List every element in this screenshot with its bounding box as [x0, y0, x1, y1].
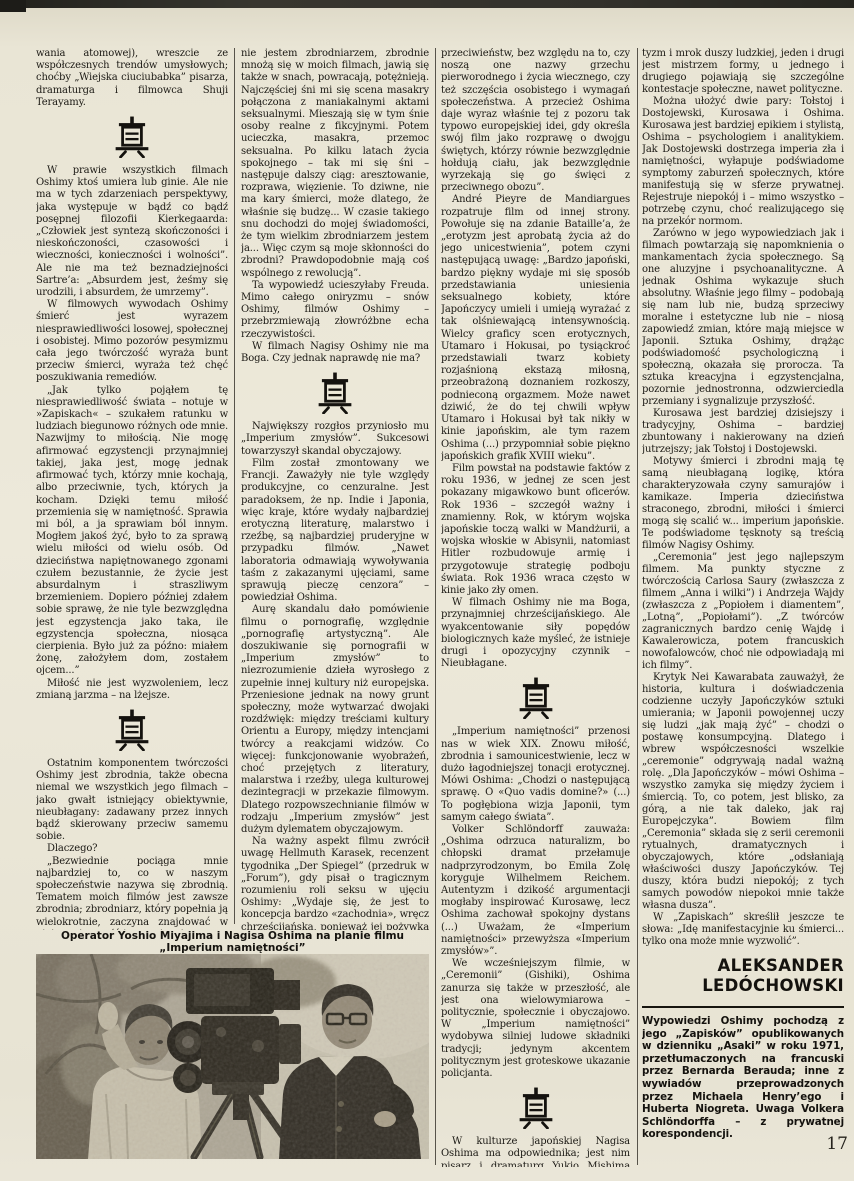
photo-frame: [36, 954, 429, 1159]
shin-kanji-divider: [441, 670, 630, 726]
article-column-1: wania atomowej), wreszcie ze współczesny…: [36, 48, 228, 930]
article-paragraph: Zarówno w jego wypowiedziach jak i filma…: [642, 228, 844, 408]
article-paragraph: „Jak tylko pojąłem tę niesprawiedliwość …: [36, 385, 228, 678]
article-paragraph: Miłość nie jest wyzwoleniem, lecz zmianą…: [36, 678, 228, 702]
article-paragraph: We wcześniejszym filmie, w „Ceremonii” (…: [441, 958, 630, 1080]
column-rule-1: [234, 48, 235, 924]
shin-kanji-icon: [114, 709, 150, 751]
shin-kanji-divider: [241, 365, 429, 421]
article-paragraph: Ostatnim komponentem twórczości Oshimy j…: [36, 758, 228, 843]
column-rule-3: [637, 48, 638, 1165]
shin-kanji-icon: [317, 372, 353, 414]
article-paragraph: wania atomowej), wreszcie ze współczesny…: [36, 48, 228, 109]
article-paragraph: W prawie wszystkich filmach Oshimy ktoś …: [36, 165, 228, 299]
shin-kanji-icon: [518, 677, 554, 719]
article-paragraph: W „Zapiskach” skreślił jeszcze te słowa:…: [642, 912, 844, 948]
article-column-2: nie jestem zbrodniarzem, zbrodnie mnożą …: [241, 48, 429, 930]
article-paragraph: Największy rozgłos przyniosło mu „Imperi…: [241, 421, 429, 458]
article-paragraph: W filmowych wywodach Oshimy śmierć jest …: [36, 299, 228, 384]
page-number: 17: [808, 1134, 848, 1154]
column-rule-2: [435, 48, 436, 1165]
film-set-photo: [36, 954, 429, 1159]
article-paragraph: W filmach Nagisy Oshimy nie ma Boga. Czy…: [241, 341, 429, 365]
shin-kanji-divider: [441, 1080, 630, 1136]
article-paragraph: Można ułożyć dwie pary: Tołstoj i Dostoj…: [642, 96, 844, 228]
article-paragraph: W kulturze japońskiej Nagisa Oshima ma o…: [441, 1136, 630, 1167]
article-column-3: przeciwieństw, bez względu na to, czy no…: [441, 48, 630, 1167]
shin-kanji-divider: [36, 109, 228, 165]
article-paragraph: Krytyk Nei Kawarabata zauważył, że histo…: [642, 672, 844, 912]
article-paragraph: Dlaczego?: [36, 843, 228, 855]
article-paragraph: Volker Schlöndorff zauważa: „Oshima odrz…: [441, 824, 630, 958]
article-paragraph: Film powstał na podstawie faktów z roku …: [441, 463, 630, 597]
article-paragraph: tyzm i mrok duszy ludzkiej, jeden i drug…: [642, 48, 844, 96]
article-paragraph: W filmach Oshimy nie ma Boga, przynajmni…: [441, 597, 630, 670]
article-paragraph: Film został zmontowany we Francji. Zaważ…: [241, 458, 429, 604]
article-paragraph: Aurę skandalu dało pomówienie filmu o po…: [241, 604, 429, 836]
article-paragraph: nie jestem zbrodniarzem, zbrodnie mnożą …: [241, 48, 429, 280]
article-paragraph: André Pieyre de Mandiargues rozpatruje f…: [441, 194, 630, 462]
shin-kanji-icon: [518, 1087, 554, 1129]
footnote: Wypowiedzi Oshimy pochodzą z jego „Zapis…: [642, 1015, 844, 1141]
article-column-4-text: tyzm i mrok duszy ludzkiej, jeden i drug…: [642, 48, 844, 948]
scan-edge-top: [0, 0, 854, 8]
magazine-page: wania atomowej), wreszcie ze współczesny…: [0, 0, 854, 1181]
article-paragraph: „Ceremonia” jest jego najlepszym filmem.…: [642, 552, 844, 672]
shin-kanji-divider: [36, 702, 228, 758]
author-name: ALEKSANDER LEDÓCHOWSKI: [642, 956, 844, 996]
article-column-4: tyzm i mrok duszy ludzkiej, jeden i drug…: [642, 48, 844, 1167]
article-paragraph: „Bezwiednie pociąga mnie najbardziej to,…: [36, 856, 228, 930]
article-paragraph: Ta wypowiedź ucieszyłaby Freuda. Mimo ca…: [241, 280, 429, 341]
scan-edge-corner: [0, 0, 26, 12]
article-paragraph: „Imperium namiętności” przenosi nas w wi…: [441, 726, 630, 824]
article-paragraph: przeciwieństw, bez względu na to, czy no…: [441, 48, 630, 194]
article-paragraph: Na ważny aspekt filmu zwrócił uwagę Hell…: [241, 836, 429, 930]
article-paragraph: Motywy śmierci i zbrodni mają tę samą ni…: [642, 456, 844, 552]
footnote-rule: [642, 1006, 844, 1008]
photo-caption: Operator Yoshio Miyajima i Nagisa Oshima…: [36, 930, 429, 954]
shin-kanji-icon: [114, 116, 150, 158]
article-paragraph: Kurosawa jest bardziej dzisiejszy i trad…: [642, 408, 844, 456]
